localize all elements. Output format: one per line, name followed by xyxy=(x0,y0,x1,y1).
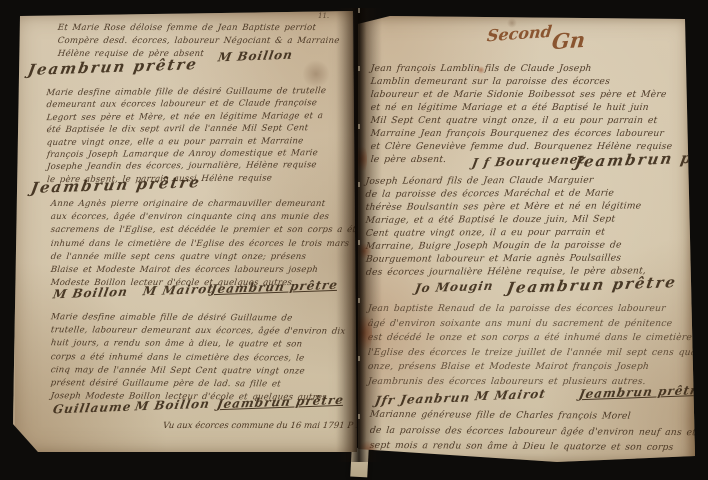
manuscript-line: Lamblin demeurant sur la paroisse des éc… xyxy=(370,75,693,88)
header-flourish: Gn xyxy=(551,27,587,55)
manuscript-line: Jean baptiste Renaud de la paroisse des … xyxy=(367,302,699,317)
manuscript-line: de l'année mille sept cens quatre vingt … xyxy=(50,251,356,264)
signature: M Boillon xyxy=(52,285,129,302)
signature: Jfr Jeanbrun xyxy=(374,390,472,407)
manuscript-line: Marianne généreuse fille de Charles fran… xyxy=(369,407,699,425)
signature: M Mairot xyxy=(142,282,215,299)
manuscript-line: corps a été inhumé dans le cimetière des… xyxy=(50,351,356,366)
register-entry: Marie desfine aimable fille de désiré Gu… xyxy=(50,311,355,405)
left-page: 11. Et Marie Rose déloise femme de Jean … xyxy=(13,11,357,456)
page-header-script: Second xyxy=(486,22,553,46)
entry-text: Joseph Léonard fils de Jean Claude Margu… xyxy=(365,173,694,279)
register-entry: Anne Agnès pierre originaire de charmauv… xyxy=(50,198,355,290)
entry-text: Marianne généreuse fille de Charles fran… xyxy=(369,407,697,456)
signature: J f Bourquenez xyxy=(471,152,588,170)
manuscript-line: onze, présens Blaise et Modeste Mairot f… xyxy=(367,360,699,375)
signature: Jeambrun prêtre xyxy=(26,55,199,79)
manuscript-line: âgé d'environ soixante ans muni du sacre… xyxy=(367,317,699,332)
signature: M Boillon xyxy=(217,48,294,65)
binding-tab xyxy=(350,448,368,478)
manuscript-line: Et Marie Rose déloise femme de Jean Bapt… xyxy=(57,22,356,35)
manuscript-line: sacremens de l'Eglise, est décédée le pr… xyxy=(50,224,356,237)
manuscript-line: laboureur et de Marie Sidonie Boibessot … xyxy=(370,88,693,101)
manuscript-line: huit jours, a rendu son âme à dieu, le q… xyxy=(50,338,356,353)
inspection-note: Vu aux écorces commune du 16 mai 1791 P … xyxy=(162,421,387,431)
manuscript-line: est décédé le onze et son corps a été in… xyxy=(367,331,699,346)
right-page: Second Gn Jean françois Lamblin fils de … xyxy=(357,14,696,466)
manuscript-scan: 11. Et Marie Rose déloise femme de Jean … xyxy=(0,0,708,480)
entry-text: Anne Agnès pierre originaire de charmauv… xyxy=(50,198,355,290)
manuscript-line: Blaise et Modeste Mairot des écorces lab… xyxy=(50,264,356,277)
manuscript-line: Mil Sept Cent quatre vingt onze, il a eu… xyxy=(370,114,693,127)
signature: Jo Mougin xyxy=(414,279,495,296)
register-entry: Jean baptiste Renaud de la paroisse des … xyxy=(367,302,697,389)
signature: M Mairot xyxy=(474,387,547,404)
entry-text: Jean baptiste Renaud de la paroisse des … xyxy=(367,302,697,389)
manuscript-line: Jean françois Lamblin fils de Claude Jos… xyxy=(370,62,693,75)
entry-text: Marie desfine aimable fille de désiré Gu… xyxy=(50,311,355,405)
ink-stain xyxy=(355,142,367,176)
manuscript-line: l'Eglise des écorces le treize juillet d… xyxy=(367,346,699,361)
register-entry: Marie desfine aimable fille de désiré Gu… xyxy=(46,85,355,186)
entry-text: Marie desfine aimable fille de désiré Gu… xyxy=(46,85,355,186)
folio-mark: 11. xyxy=(318,12,329,20)
manuscript-line: inhumé dans le cimetière de l'Eglise des… xyxy=(50,238,356,251)
register-entry: Marianne généreuse fille de Charles fran… xyxy=(369,407,697,456)
register-entry: Joseph Léonard fils de Jean Claude Margu… xyxy=(365,173,694,279)
manuscript-line: aux écorces, âgée d'environ cinquante ci… xyxy=(50,211,356,224)
signature: Guillaume xyxy=(52,400,133,417)
manuscript-line: Marraine Jean françois Bourquenez des éc… xyxy=(370,127,693,140)
manuscript-line: sept mois a rendu son âme à Dieu le quat… xyxy=(369,438,699,456)
manuscript-line: Anne Agnès pierre originaire de charmauv… xyxy=(50,198,356,211)
manuscript-line: et né en légitime Mariage et a été Bapti… xyxy=(370,101,693,114)
signature: M Boillon xyxy=(134,397,211,414)
register-entry: Et Marie Rose déloise femme de Jean Bapt… xyxy=(57,22,355,61)
manuscript-line: Compère desd. écorces, laboureur Négocia… xyxy=(57,35,356,48)
entry-text: Et Marie Rose déloise femme de Jean Bapt… xyxy=(57,22,355,61)
